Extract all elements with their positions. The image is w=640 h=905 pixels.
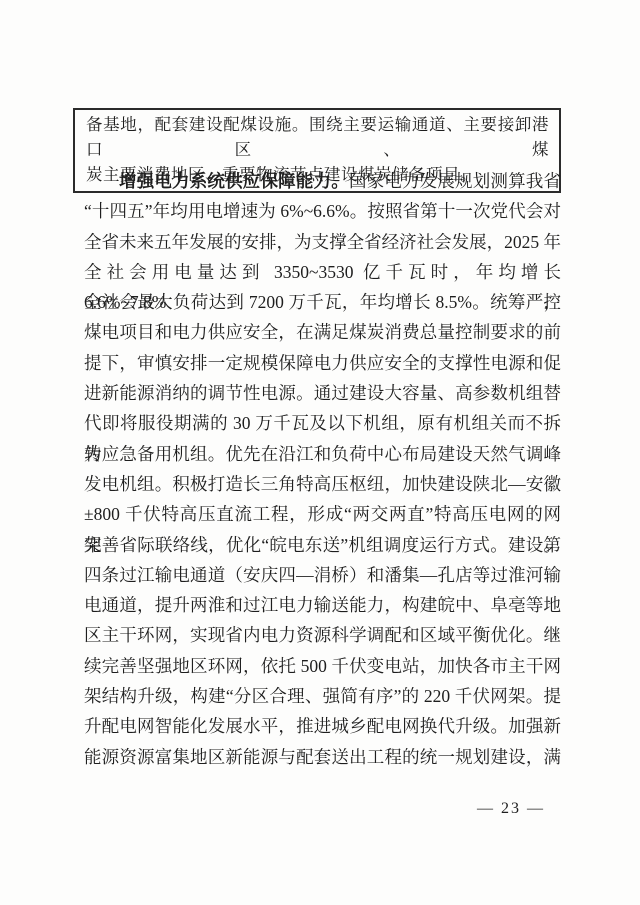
paragraph-line-12: ±800 千伏特高压直流工程，形成“两交两直”特高压电网的网架。 bbox=[84, 499, 561, 529]
paragraph-line-17: 续完善坚强地区环网，依托 500 千伏变电站，加快各市主干网 bbox=[84, 651, 561, 681]
paragraph-line-7: 提下，审慎安排一定规模保障电力供应安全的支撑性电源和促 bbox=[84, 348, 561, 378]
paragraph-line-18: 架结构升级，构建“分区合理、强简有序”的 220 千伏网架。提 bbox=[84, 681, 561, 711]
notice-box-line-1: 备基地，配套建设配煤设施。围绕主要运输通道、主要接卸港口区、煤 bbox=[86, 112, 549, 162]
paragraph-line-6: 煤电项目和电力供应安全，在满足煤炭消费总量控制要求的前 bbox=[84, 317, 561, 347]
paragraph-line-9: 代即将服役期满的 30 万千瓦及以下机组，原有机组关而不拆转 bbox=[84, 408, 561, 438]
body-paragraph: 增强电力系统供应保障能力。国家电力发展规划测算我省 “十四五”年均用电增速为 6… bbox=[84, 166, 561, 772]
paragraph-line-3: 全省未来五年发展的安排，为支撑全省经济社会发展，2025 年 bbox=[84, 227, 561, 257]
paragraph-first-line-rest: 国家电力发展规划测算我省 bbox=[349, 171, 561, 191]
paragraph-line-5: 全社会最大负荷达到 7200 万千瓦，年均增长 8.5%。统筹严控 bbox=[84, 287, 561, 317]
paragraph-line-2: “十四五”年均用电增速为 6%~6.6%。按照省第十一次党代会对 bbox=[84, 196, 561, 226]
paragraph-line-10: 为应急备用机组。优先在沿江和负荷中心布局建设天然气调峰 bbox=[84, 439, 561, 469]
document-page: 备基地，配套建设配煤设施。围绕主要运输通道、主要接卸港口区、煤 炭主要消费地区、… bbox=[0, 0, 640, 905]
paragraph-line-8: 进新能源消纳的调节性电源。通过建设大容量、高参数机组替 bbox=[84, 378, 561, 408]
page-footer: — 23 — bbox=[477, 800, 545, 818]
paragraph-line-1: 增强电力系统供应保障能力。国家电力发展规划测算我省 bbox=[84, 166, 561, 196]
paragraph-line-16: 区主干环网，实现省内电力资源科学调配和区域平衡优化。继 bbox=[84, 620, 561, 650]
paragraph-line-20: 能源资源富集地区新能源与配套送出工程的统一规划建设，满 bbox=[84, 742, 561, 772]
paragraph-line-4: 全社会用电量达到 3350~3530 亿千瓦时，年均增长 6.6%~7.8%， bbox=[84, 257, 561, 287]
paragraph-line-19: 升配电网智能化发展水平，推进城乡配电网换代升级。加强新 bbox=[84, 711, 561, 741]
paragraph-line-11: 发电机组。积极打造长三角特高压枢纽，加快建设陕北—安徽 bbox=[84, 469, 561, 499]
paragraph-line-15: 电通道，提升两淮和过江电力输送能力，构建皖中、阜亳等地 bbox=[84, 590, 561, 620]
paragraph-line-14: 四条过江输电通道（安庆四—涓桥）和潘集—孔店等过淮河输 bbox=[84, 560, 561, 590]
page-number: — 23 — bbox=[477, 800, 545, 817]
paragraph-lead-bold: 增强电力系统供应保障能力。 bbox=[119, 171, 349, 191]
paragraph-line-13: 完善省际联络线，优化“皖电东送”机组调度运行方式。建设第 bbox=[84, 530, 561, 560]
